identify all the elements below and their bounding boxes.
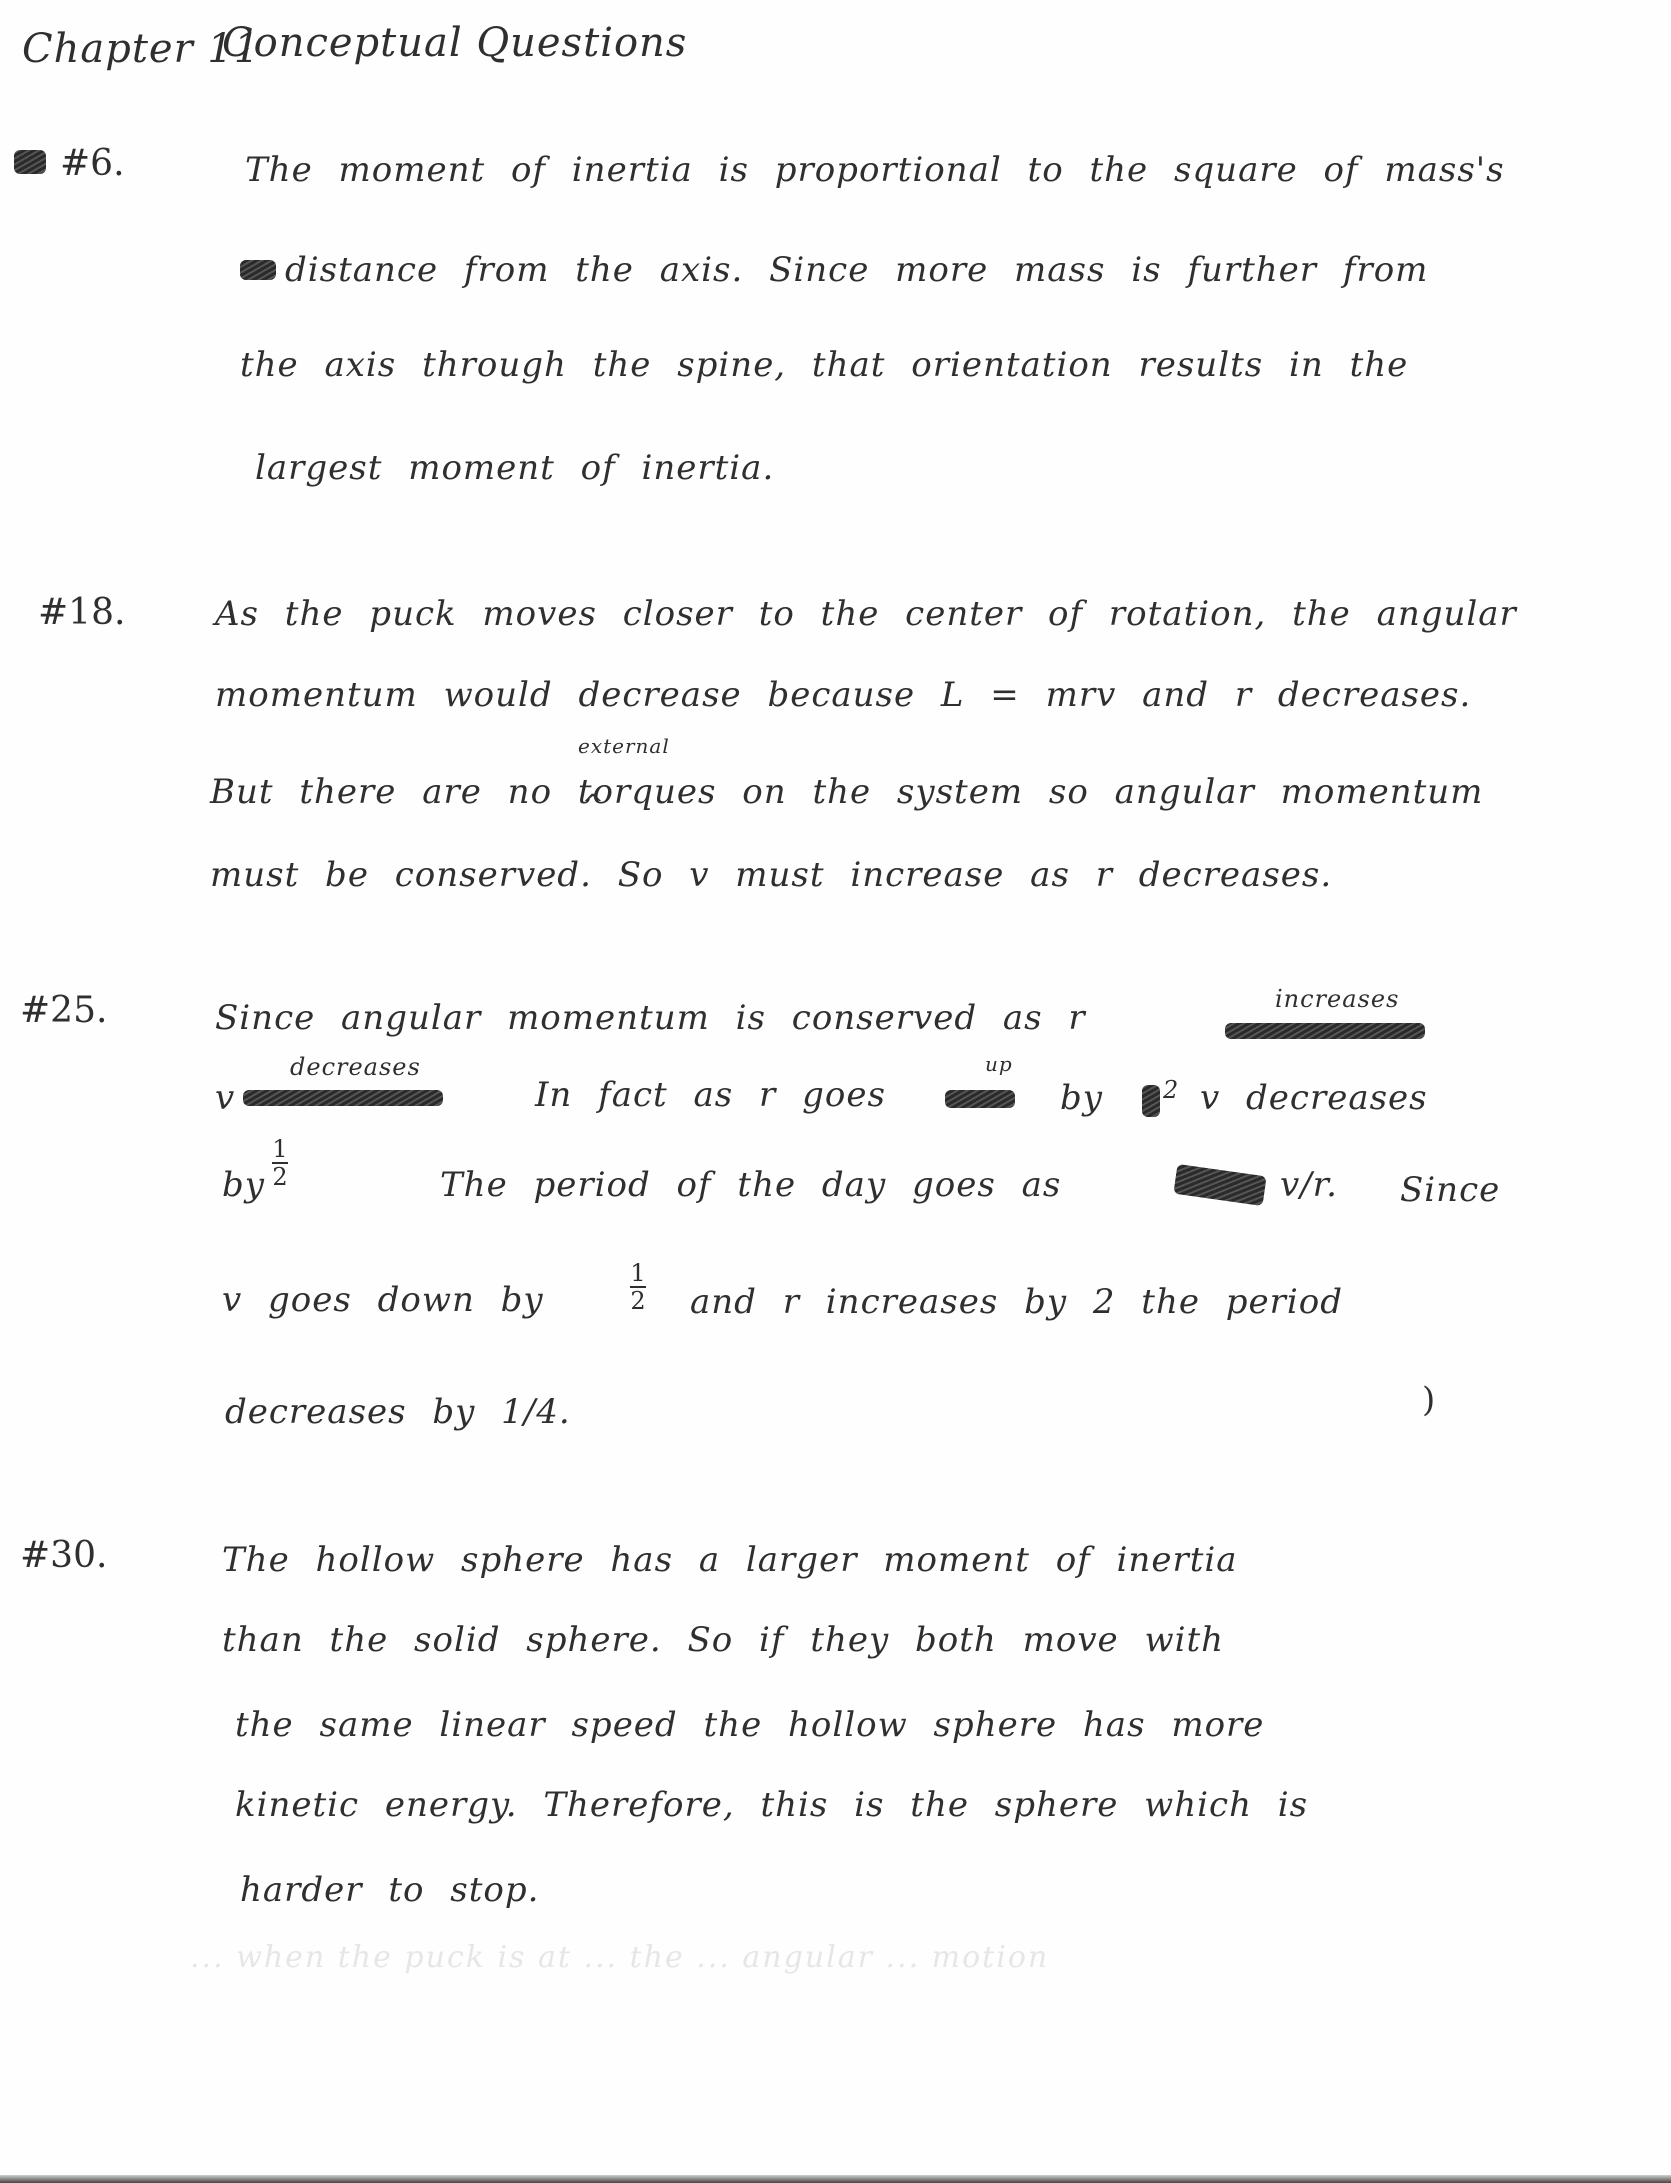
answer-25-v: v (215, 1078, 235, 1118)
page-title: Conceptual Questions (222, 20, 687, 66)
question-number-30: #30. (20, 1535, 107, 1576)
answer-25-last-line: decreases by 1/4. (225, 1392, 571, 1432)
question-number-18: #18. (38, 592, 125, 633)
answer-6-line-2: distance from the axis. Since more mass … (285, 250, 1428, 290)
closing-parenthesis: ) (1422, 1380, 1436, 1420)
fraction-one-half: 1 2 (272, 1138, 288, 1188)
crossed-out-number (1142, 1085, 1160, 1117)
answer-25-v-decreases: v decreases (1200, 1078, 1428, 1118)
crossed-out-mark (14, 150, 46, 174)
insertion-two: 2 (1163, 1076, 1179, 1104)
answer-25-by: by (1060, 1078, 1103, 1118)
crossed-out-word (1225, 1023, 1425, 1039)
insertion-external: external (578, 734, 670, 758)
insertion-increases: increases (1275, 985, 1399, 1013)
answer-25-line-1: Since angular momentum is conserved as r (215, 998, 1086, 1038)
answer-18-line-3: But there are no torques on the system s… (210, 772, 1483, 812)
scan-edge-shadow (0, 2175, 1671, 2183)
answer-18-line-2: momentum would decrease because L = mrv … (215, 675, 1471, 715)
fraction-numerator: 1 (272, 1138, 287, 1160)
insertion-up: up (985, 1052, 1013, 1076)
insertion-decreases: decreases (290, 1053, 421, 1081)
answer-25-r-increases: and r increases by 2 the period (690, 1282, 1343, 1322)
answer-6-line-1: The moment of inertia is proportional to… (245, 150, 1505, 190)
answer-30-line-1: The hollow sphere has a larger moment of… (222, 1540, 1238, 1580)
answer-30-line-4: kinetic energy. Therefore, this is the s… (235, 1785, 1308, 1825)
fraction-denominator: 2 (630, 1290, 645, 1312)
fraction-one-half: 1 2 (630, 1262, 646, 1312)
answer-18-line-1: As the puck moves closer to the center o… (215, 594, 1517, 634)
answer-6-line-3: the axis through the spine, that orienta… (240, 345, 1408, 385)
question-number-6: #6. (60, 143, 125, 184)
answer-18-line-4: must be conserved. So v must increase as… (210, 855, 1332, 895)
crossed-out-word (240, 260, 276, 280)
answer-25-v-over-r: v/r. (1280, 1165, 1338, 1205)
fraction-numerator: 1 (630, 1262, 645, 1284)
answer-6-line-4: largest moment of inertia. (255, 448, 774, 488)
answer-25-since: Since (1400, 1170, 1500, 1210)
answer-30-line-3: the same linear speed the hollow sphere … (235, 1705, 1264, 1745)
crossed-out-word (945, 1090, 1015, 1108)
answer-30-line-5: harder to stop. (240, 1870, 539, 1910)
answer-25-in-fact: In fact as r goes (535, 1075, 886, 1115)
question-number-25: #25. (20, 990, 107, 1031)
answer-25-period: The period of the day goes as (440, 1165, 1061, 1205)
crossed-out-word (243, 1090, 443, 1106)
answer-30-line-2: than the solid sphere. So if they both m… (222, 1620, 1224, 1660)
answer-25-v-goes-down: v goes down by (222, 1280, 544, 1320)
answer-25-by-2: by (222, 1165, 265, 1205)
bleed-through-text: ... when the puck is at ... the ... angu… (190, 1940, 1049, 1975)
fraction-denominator: 2 (272, 1166, 287, 1188)
crossed-out-word (1173, 1164, 1266, 1206)
scanned-page: Chapter 11 Conceptual Questions #6. The … (0, 0, 1671, 2183)
